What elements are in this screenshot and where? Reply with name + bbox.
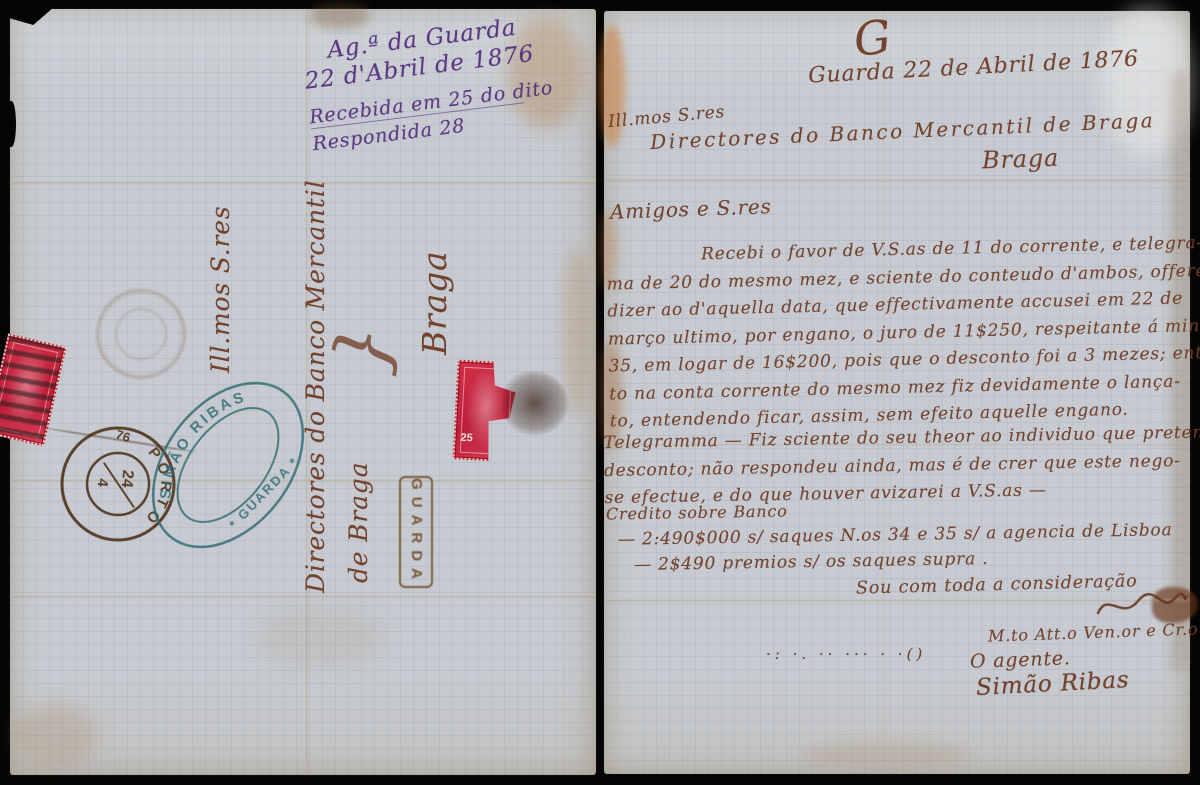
credit-heading: Credito sobre Banco (606, 501, 788, 523)
signer-role: O agente. (970, 647, 1071, 673)
left-page: Ag.ª da Guarda 22 d'Abril de 1876 Recebi… (10, 9, 596, 775)
fold-line (604, 179, 1190, 182)
addressee: Directores do Banco Mercantil de Braga (650, 108, 1156, 154)
foxing-stain (12, 705, 98, 767)
telegram-paragraph: Telegramma — Fiz sciente do seu theor ao… (603, 420, 1186, 513)
foxing-stain (310, 3, 370, 29)
salutation: Amigos e S.res (610, 194, 772, 224)
paraph-flourish-icon (1092, 587, 1188, 623)
valediction: M.to Att.o Ven.or e Cr.o (988, 619, 1199, 645)
guarda-box-postmark: GUARDA (399, 476, 433, 588)
address-prefix: Ill.mos S.res (206, 139, 235, 611)
credit-line: — 2:490$000 s/ saques N.os 34 e 35 s/ a … (618, 520, 1173, 550)
stamp-cancel-bars (0, 336, 64, 444)
stamp-denomination: 25 (460, 432, 473, 445)
torn-corner (8, 7, 54, 25)
addressee-city: Braga (982, 144, 1060, 175)
letter-scan: Ag.ª da Guarda 22 d'Abril de 1876 Recebi… (0, 0, 1200, 785)
arrival-postmark-icon (84, 277, 197, 390)
signature: Simão Ribas (975, 667, 1130, 701)
seal-blotch (502, 371, 568, 435)
credit-line: — 2$490 premios s/ os saques supra . (634, 549, 989, 575)
right-page: G Guarda 22 de Abril de 1876 Ill.mos S.r… (604, 11, 1190, 774)
paraph-stroke (1098, 594, 1186, 613)
address-line: de Braga (344, 139, 373, 611)
initial-flourish: G (851, 9, 894, 67)
edge-nick (7, 101, 16, 147)
body-paragraph: Recebi o favor de V.S.as de 11 do corren… (606, 230, 1188, 436)
foxing-stain (562, 247, 592, 417)
ink-dots: ·: ·. ·· ··· · ·() (766, 645, 926, 663)
porto-postmark-month: 4 (94, 478, 112, 488)
bottom-stain (802, 741, 970, 767)
smudge (256, 605, 386, 669)
address-line: Directores do Banco Mercantil (301, 139, 330, 611)
